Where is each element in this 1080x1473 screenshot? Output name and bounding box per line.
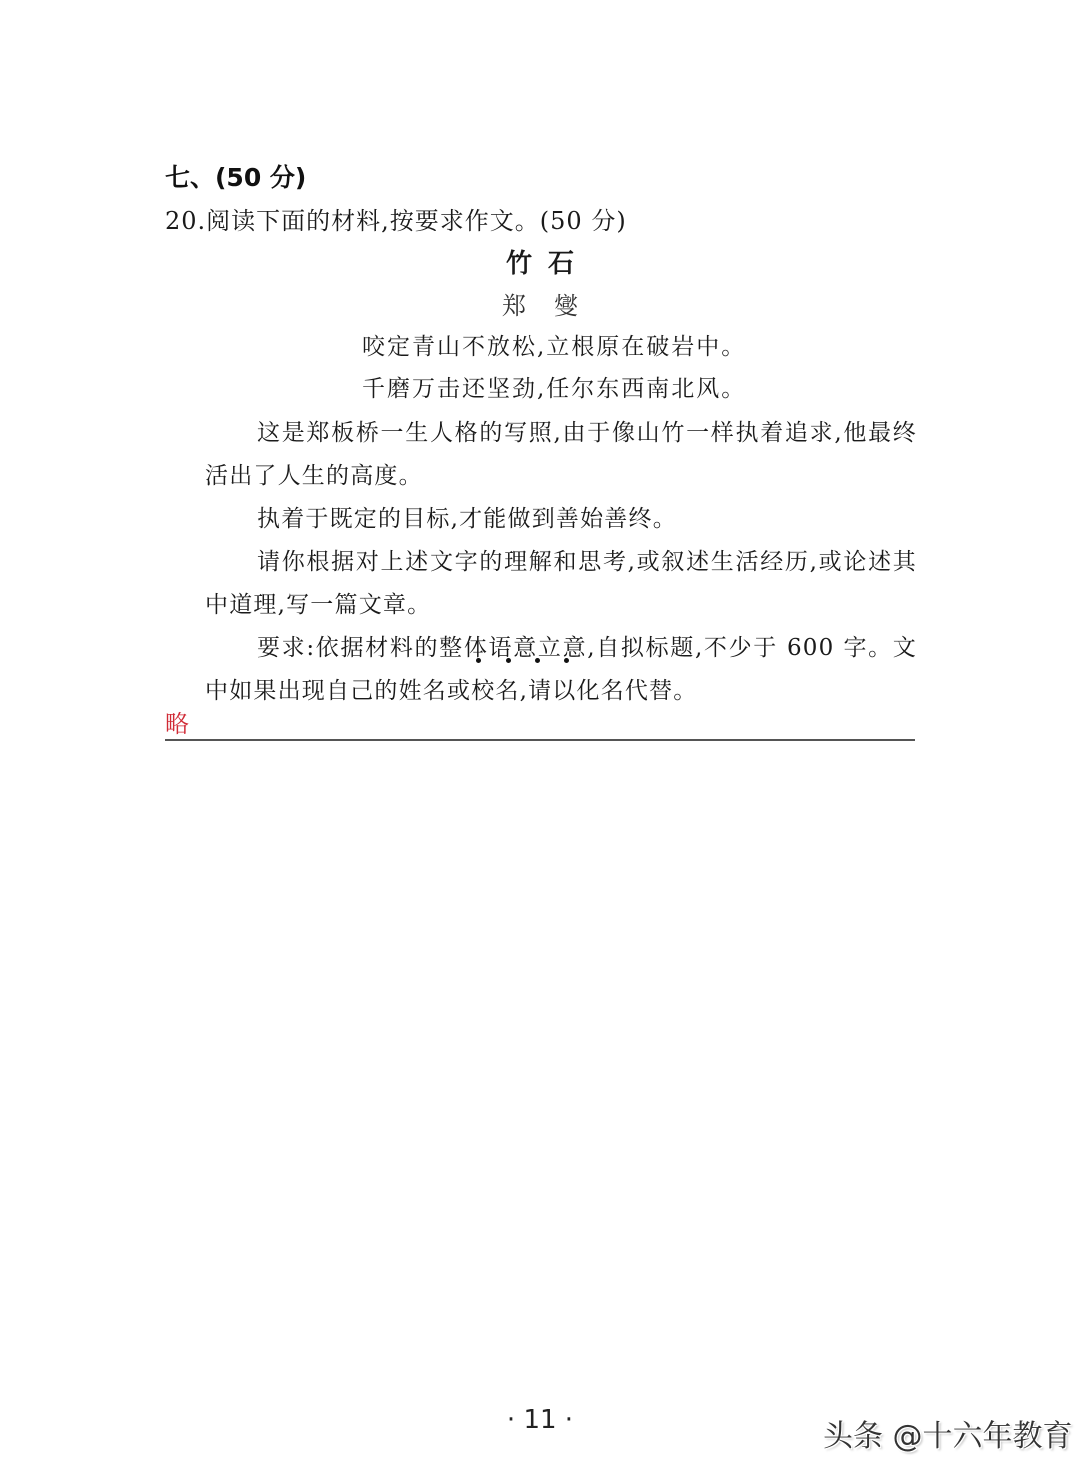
poem-author-char: 燮: [554, 292, 578, 320]
poem-author-char: 郑: [502, 292, 526, 320]
poem-author: 郑燮: [0, 288, 1080, 324]
paragraph-theme: 执着于既定的目标,才能做到善始善终。: [205, 498, 917, 541]
answer-divider: [165, 739, 915, 741]
watermark: 头条 @十六年教育: [823, 1417, 1073, 1457]
paragraph-intro: 这是郑板桥一生人格的写照,由于像山竹一样执着追求,他最终活出了人生的高度。: [205, 412, 917, 498]
emphasis-dot: [506, 658, 511, 663]
question-prompt: 20.阅读下面的材料,按要求作文。(50 分): [165, 203, 627, 239]
paragraph-instruction: 请你根据对上述文字的理解和思考,或叙述生活经历,或论述其中道理,写一篇文章。: [205, 541, 917, 627]
poem-line: 咬定青山不放松,立根原在破岩中。: [362, 330, 746, 364]
answer-text: 略: [165, 708, 189, 740]
poem-line: 千磨万击还坚劲,任尔东西南北风。: [362, 372, 746, 406]
section-heading: 七、(50 分): [165, 160, 306, 196]
poem-title-char: 竹: [506, 249, 532, 279]
paragraph-requirements: 要求:依据材料的整体语意立意,自拟标题,不少于 600 字。文中如果出现自己的姓…: [205, 627, 917, 713]
emphasis-dot: [476, 658, 481, 663]
emphasis-dot: [535, 658, 540, 663]
poem-title-char: 石: [548, 249, 574, 279]
poem-title: 竹石: [0, 246, 1080, 282]
emphasis-dot: [564, 658, 569, 663]
